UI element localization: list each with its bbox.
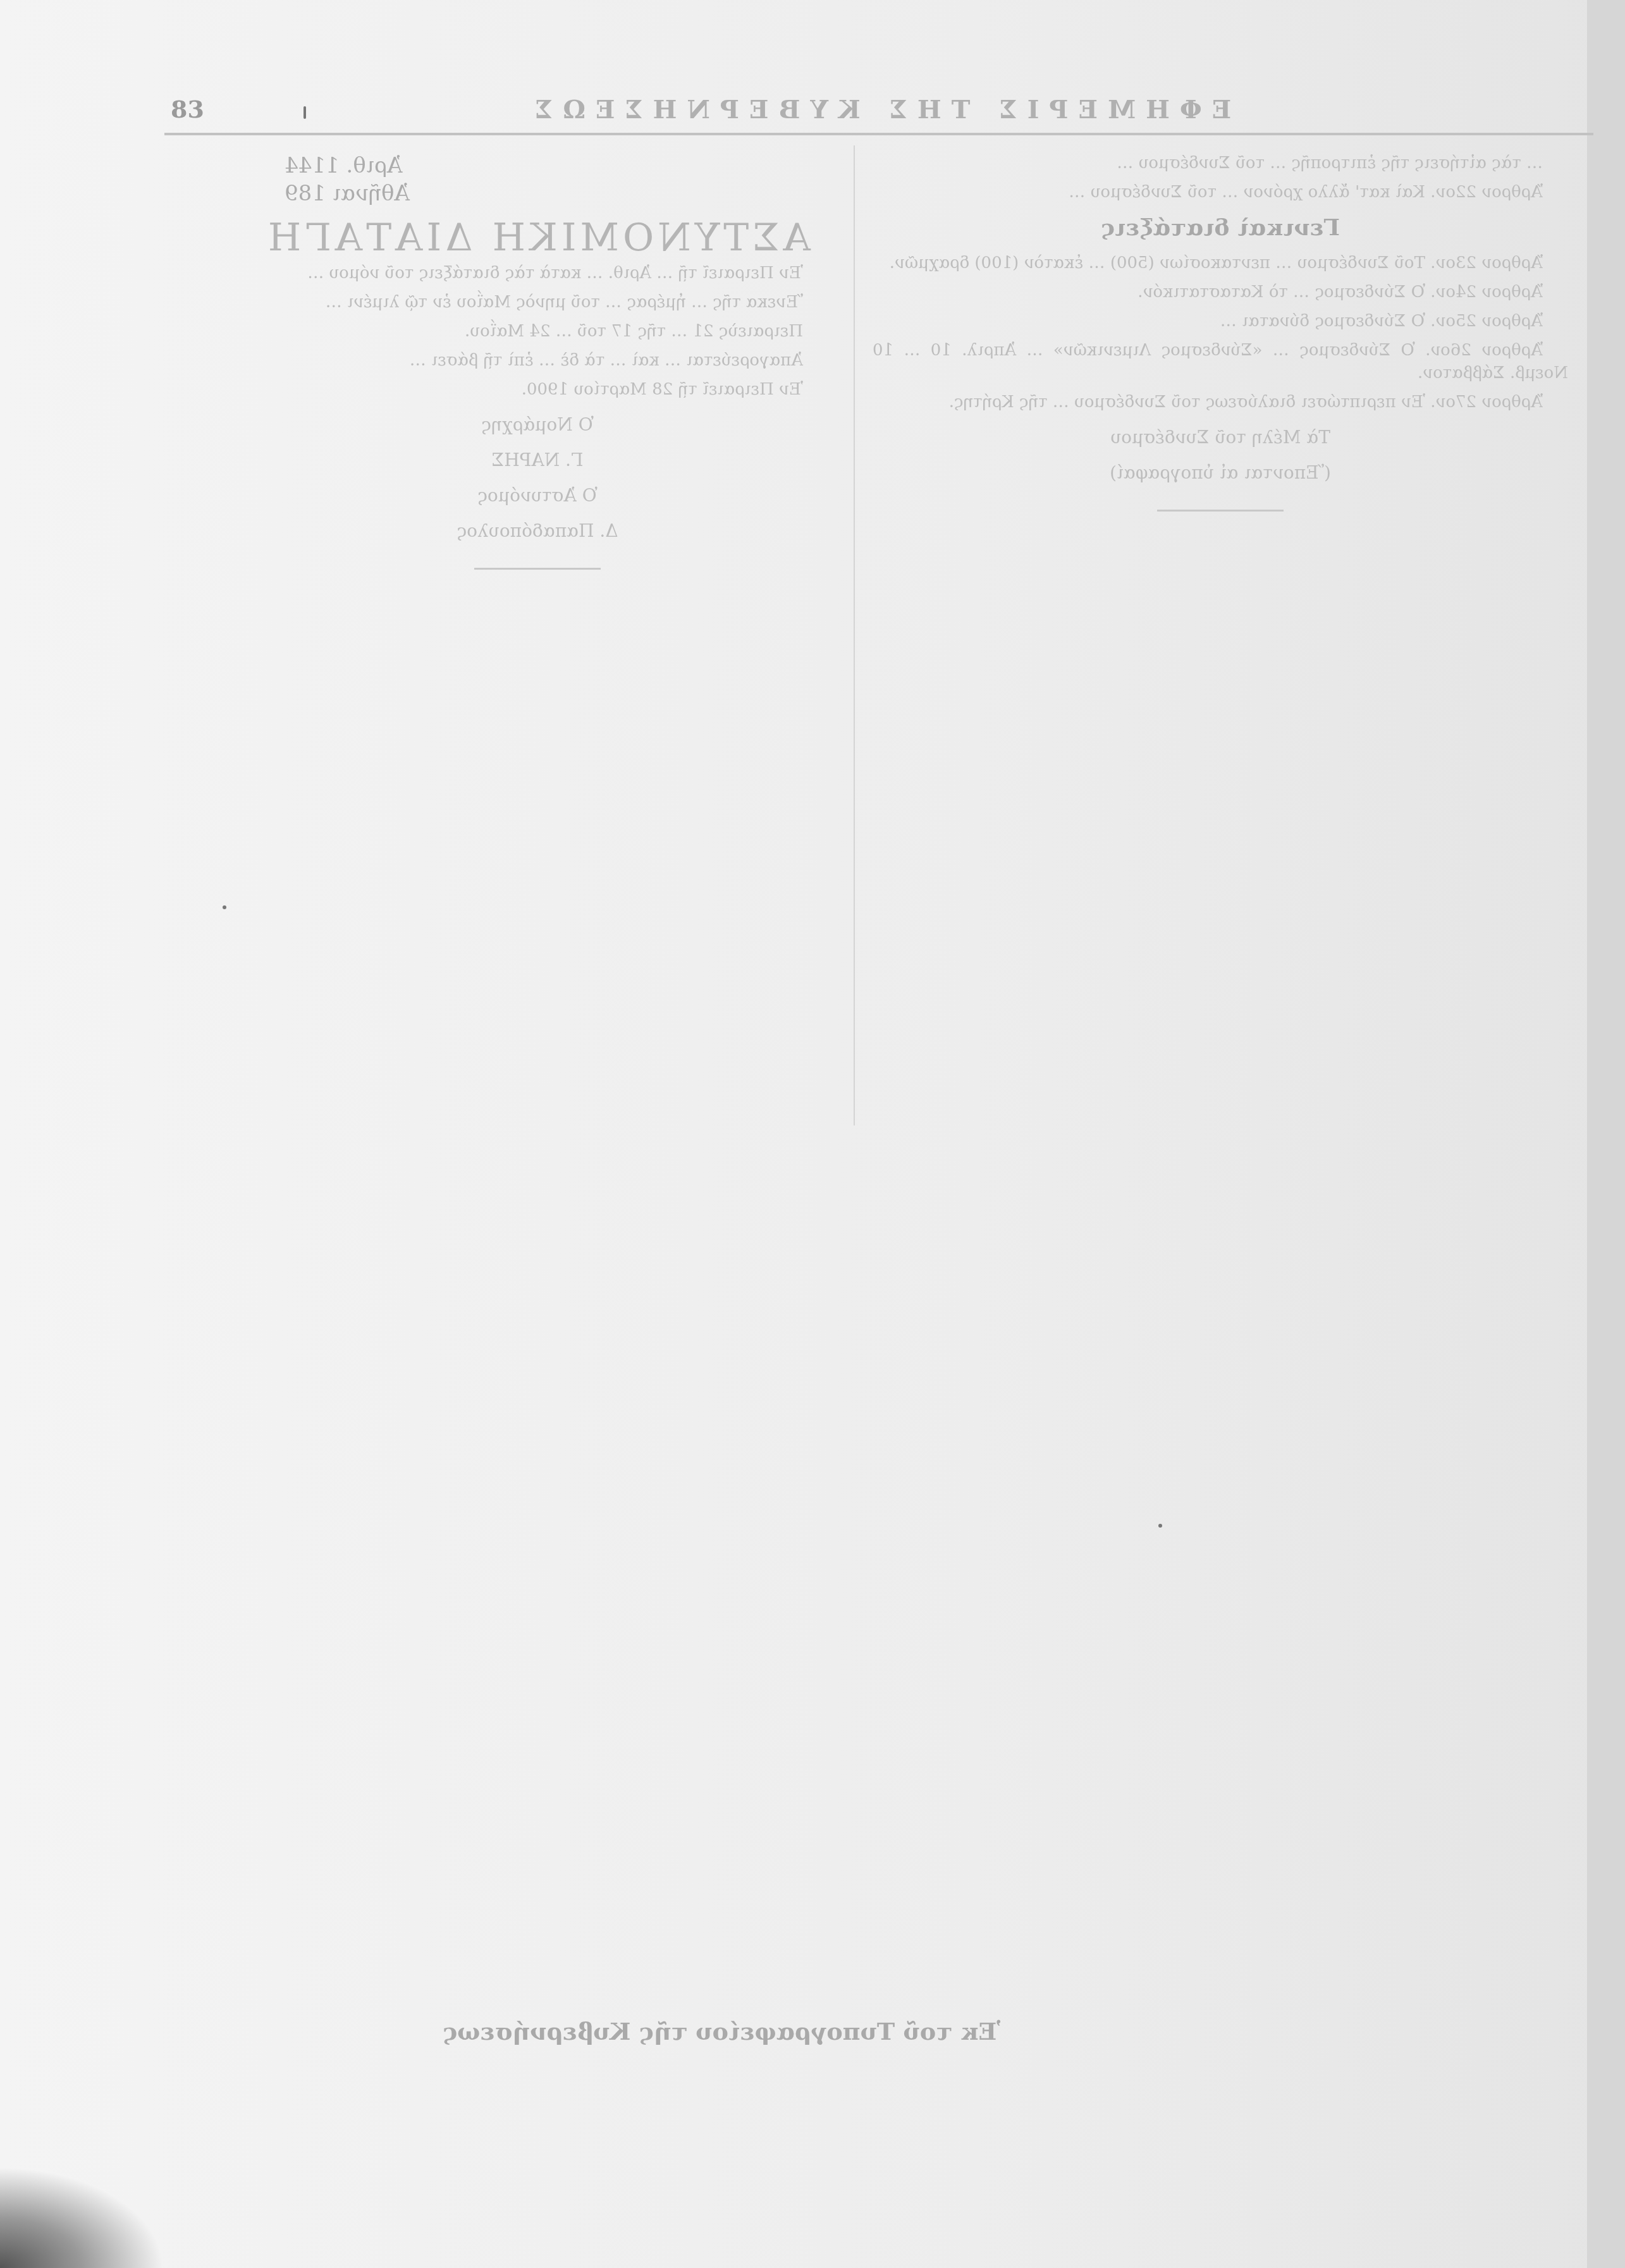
paragraph: Ἄρθρον 22ον. Καὶ κατ' ἄλλο χρόνον … τοῦ … <box>873 181 1568 204</box>
paragraph: … τὰς αἰτήσεις τῆς ἐπιτροπῆς … τοῦ Συνδέ… <box>873 152 1568 175</box>
separator <box>474 568 601 570</box>
separator <box>1157 510 1284 512</box>
column-divider <box>854 145 855 1125</box>
speck <box>223 905 226 909</box>
left-column: Ἀριθ. 1144 Ἀθῆναι 189 ΑΣΤΥΝΟΜΙΚΗ ΔΙΑΤΑΓΗ… <box>247 152 828 595</box>
date-line: Ἀθῆναι 189 <box>285 180 828 207</box>
section-title: ΑΣΤΥΝΟΜΙΚΗ ΔΙΑΤΑΓΗ <box>247 226 828 249</box>
signature: Δ. Παπαδόπουλος <box>247 520 828 542</box>
speck <box>304 106 306 119</box>
date-line: Ἀριθ. 1144 <box>285 152 828 180</box>
paragraph: Ἀπαγορεύεται … καὶ … τὰ δὲ … ἐπὶ τῇ βάσε… <box>247 349 828 372</box>
scan-corner-shadow <box>0 2167 164 2268</box>
paragraph: Ἐν Πειραιεῖ τῇ … Ἀριθ. … κατὰ τὰς διατάξ… <box>247 262 828 285</box>
article: Ἄρθρον 23ον. Τοῦ Συνδέσμου … πεντακοσίων… <box>873 252 1568 274</box>
article: Ἄρθρον 24ον. Ὁ Σύνδεσμος … τὸ Καταστατικ… <box>873 281 1568 303</box>
page-number: 83 <box>171 95 204 123</box>
closing-line: (Ἕπονται αἱ ὑπογραφαί) <box>873 462 1568 484</box>
closing-line: Τὰ Μέλη τοῦ Συνδέσμου <box>873 426 1568 449</box>
speck <box>1158 1524 1162 1528</box>
signature: Γ. ΝΑΡΗΣ <box>247 449 828 472</box>
paragraph: Πειραιεὺς 21 … τῆς 17 τοῦ … 24 Μαΐου. <box>247 320 828 343</box>
article: Ἄρθρον 26ον. Ὁ Σύνδεσμος … «Σύνδεσμος Λι… <box>873 339 1568 384</box>
page-header: 83 ΕΦΗΜΕΡΙΣ ΤΗΣ ΚΥΒΕΡΝΗΣΕΩΣ <box>171 95 1372 126</box>
article: Ἄρθρον 25ον. Ὁ Σύνδεσμος δύναται … <box>873 310 1568 333</box>
paragraph: Ἕνεκα τῆς … ἡμέρας … τοῦ μηνὸς Μαΐου ἐν … <box>247 291 828 314</box>
page-edge-shadow <box>1587 0 1625 2268</box>
section-heading: Γενικαὶ διατάξεις <box>873 216 1568 239</box>
running-head: ΕΦΗΜΕΡΙΣ ΤΗΣ ΚΥΒΕΡΝΗΣΕΩΣ <box>525 95 1231 125</box>
right-column: … τὰς αἰτήσεις τῆς ἐπιτροπῆς … τοῦ Συνδέ… <box>873 152 1568 537</box>
paragraph: Ἐν Πειραιεῖ τῇ 28 Μαρτίου 1900. <box>247 378 828 401</box>
header-rule <box>164 133 1593 135</box>
signature: Ὁ Νομάρχης <box>247 414 828 436</box>
signature: Ὁ Ἀστυνόμος <box>247 484 828 507</box>
scanned-page: 83 ΕΦΗΜΕΡΙΣ ΤΗΣ ΚΥΒΕΡΝΗΣΕΩΣ Ἀριθ. 1144 Ἀ… <box>0 0 1625 2268</box>
article: Ἄρθρον 27ον. Ἐν περιπτώσει διαλύσεως τοῦ… <box>873 391 1568 414</box>
date-block: Ἀριθ. 1144 Ἀθῆναι 189 <box>285 152 828 207</box>
imprint-footer: Ἐκ τοῦ Τυπογραφείου τῆς Κυβερνήσεως <box>443 2017 1000 2045</box>
